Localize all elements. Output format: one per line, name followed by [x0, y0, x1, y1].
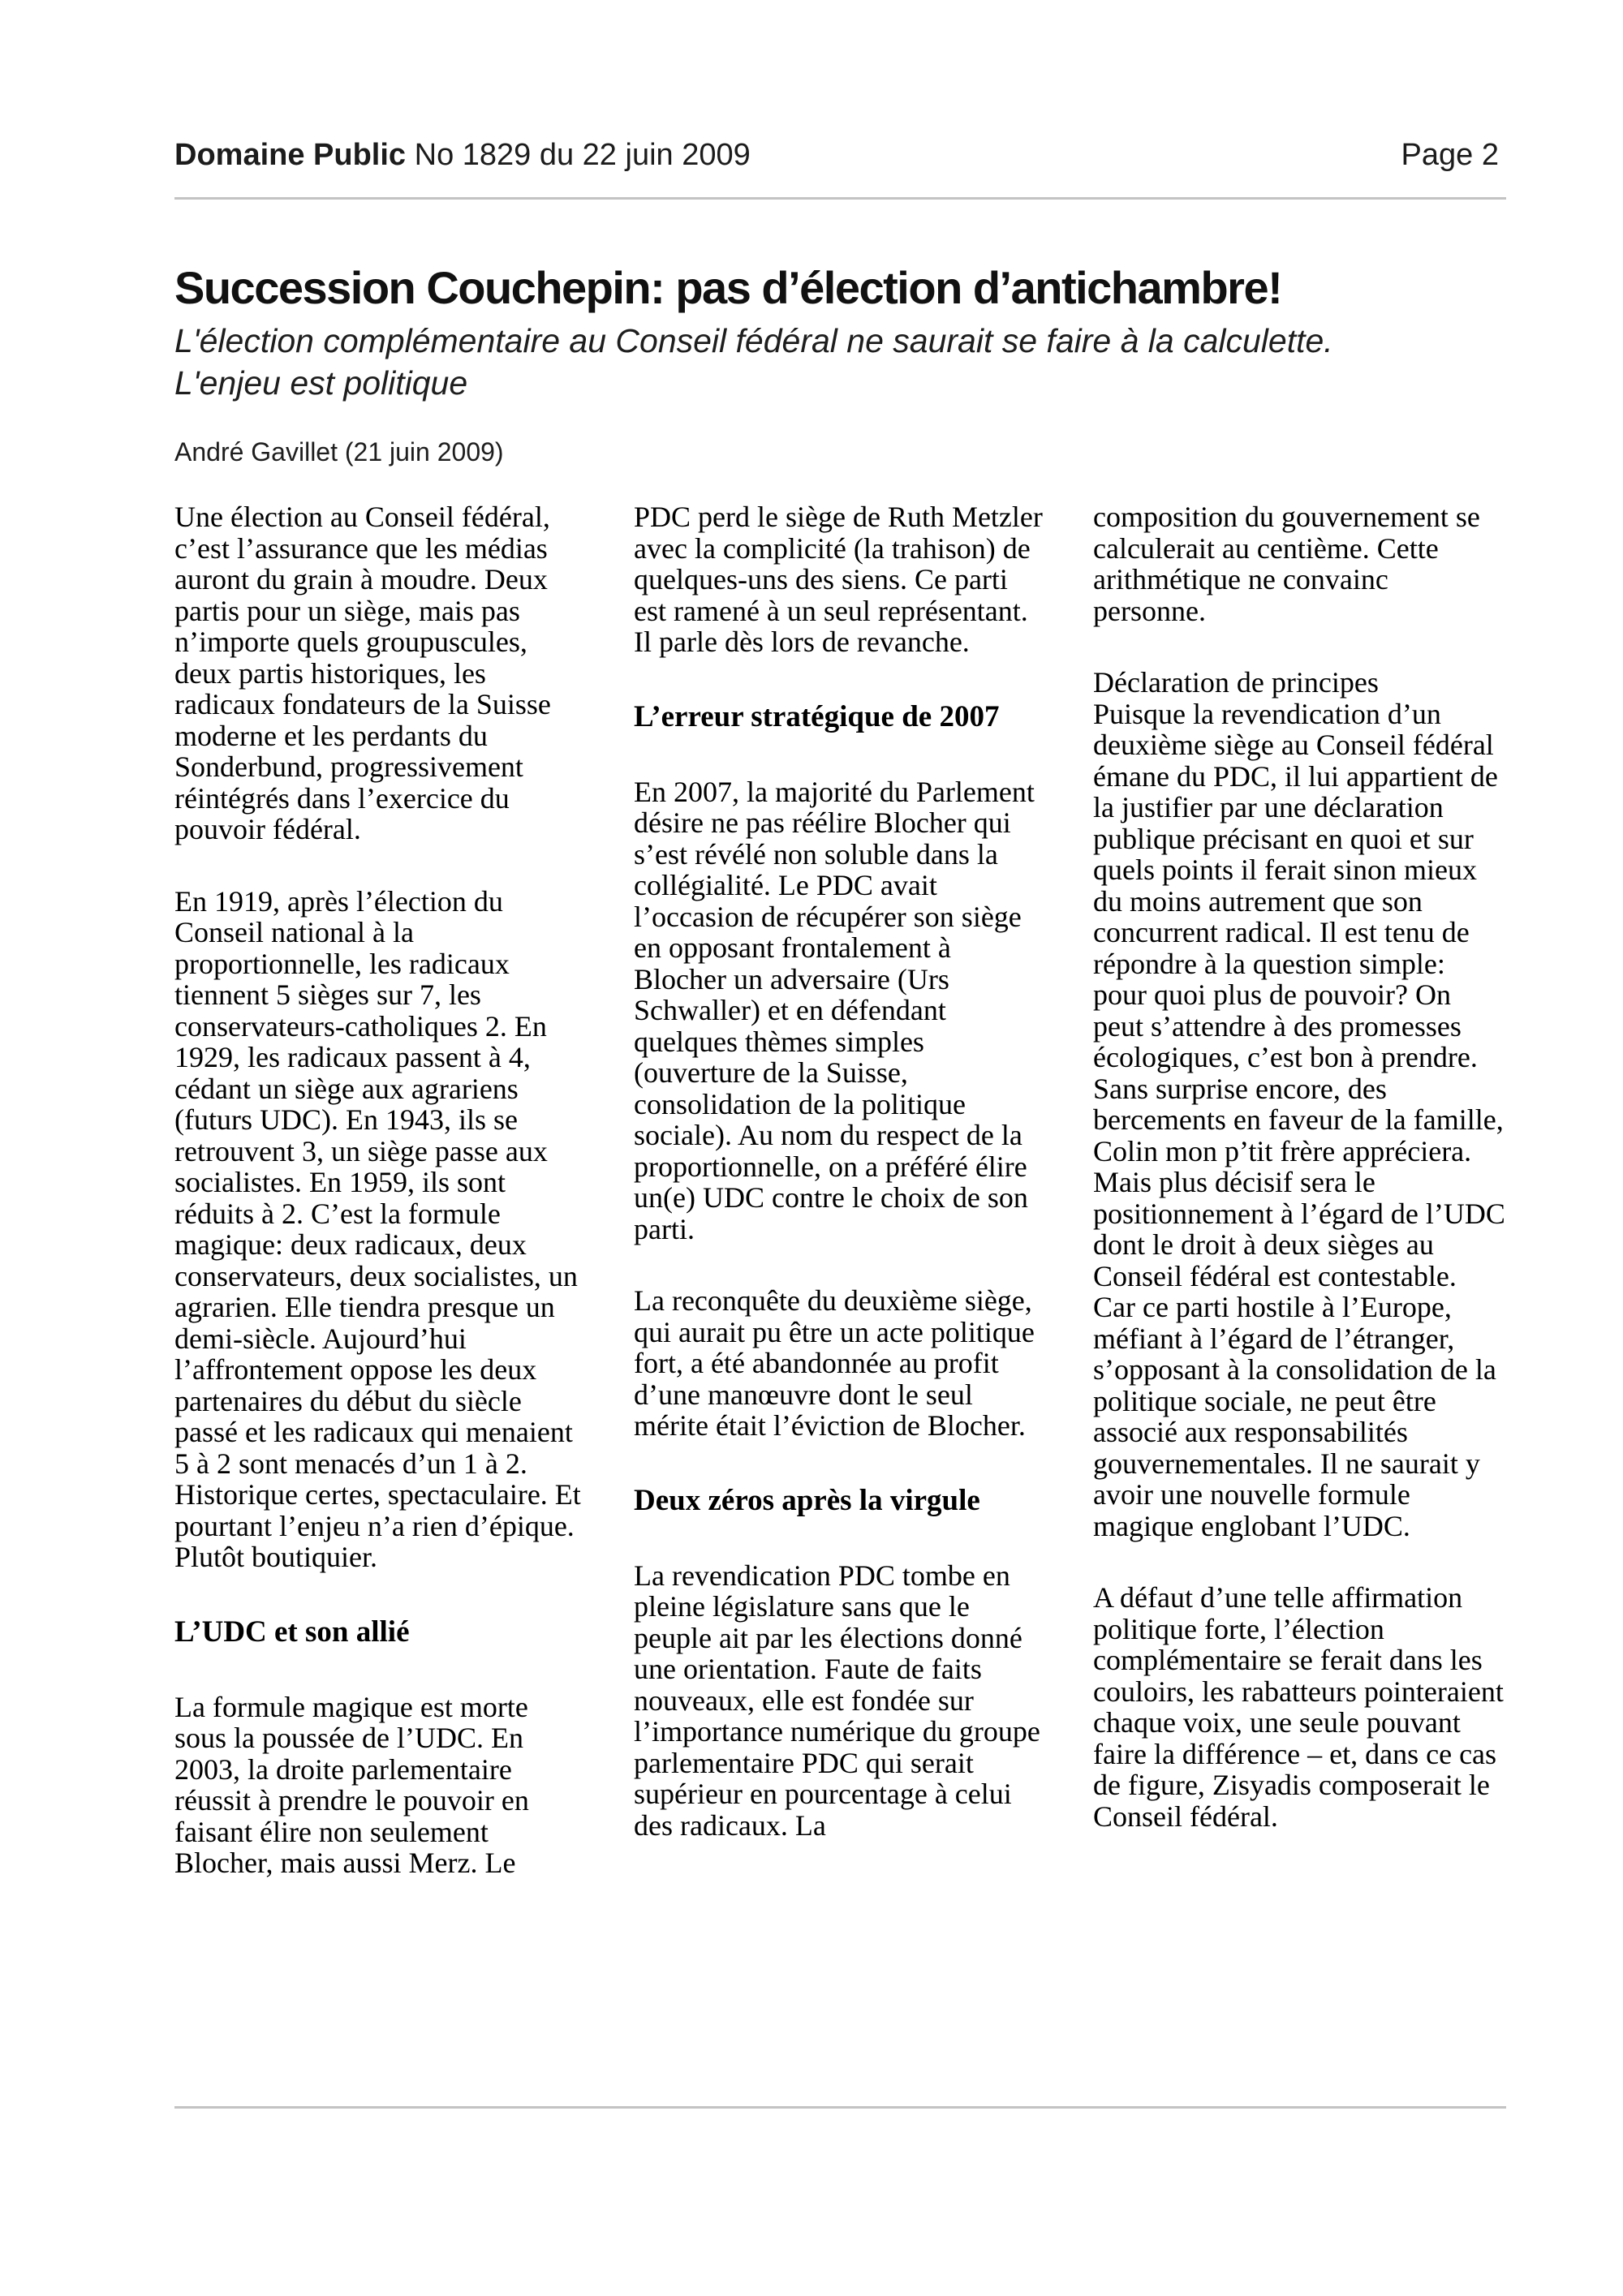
page-header: Domaine Public No 1829 du 22 juin 2009 P… [174, 138, 1499, 172]
page-number: Page 2 [1401, 138, 1499, 172]
footer-divider [174, 2106, 1506, 2109]
paragraph-lead-line: Déclaration de principes [1093, 667, 1505, 699]
column-1: Une élection au Conseil fédéral, c’est l… [174, 501, 587, 1920]
article-byline: André Gavillet (21 juin 2009) [174, 436, 905, 467]
issue-info: No 1829 du 22 juin 2009 [415, 138, 751, 172]
paragraph: La formule magique est morte sous la pou… [174, 1692, 587, 1879]
column-2: PDC perd le siège de Ruth Metzler avec l… [634, 501, 1046, 1920]
article-subtitle: L'élection complémentaire au Conseil féd… [174, 320, 1554, 404]
paragraph: La revendication PDC tombe en pleine lég… [634, 1560, 1046, 1842]
article-title: Succession Couchepin: pas d’élection d’a… [174, 261, 1538, 315]
article-body: Une élection au Conseil fédéral, c’est l… [174, 501, 1505, 1920]
paragraph: Puisque la revendication d’un deuxième s… [1093, 699, 1505, 1542]
paragraph: La reconquête du deuxième siège, qui aur… [634, 1285, 1046, 1442]
section-heading: L’UDC et son allié [174, 1614, 587, 1651]
article-subtitle-line-2: L'enjeu est politique [174, 362, 1554, 404]
header-masthead: Domaine Public No 1829 du 22 juin 2009 [174, 138, 751, 172]
paragraph: Une élection au Conseil fédéral, c’est l… [174, 501, 587, 845]
paragraph: PDC perd le siège de Ruth Metzler avec l… [634, 501, 1046, 658]
paragraph: En 2007, la majorité du Parlement désire… [634, 776, 1046, 1245]
paragraph: composition du gouvernement se calculera… [1093, 501, 1505, 626]
section-heading: L’erreur stratégique de 2007 [634, 699, 1046, 736]
article-subtitle-line-1: L'élection complémentaire au Conseil féd… [174, 320, 1554, 362]
paragraph: En 1919, après l’élection du Conseil nat… [174, 886, 587, 1573]
paragraph: A défaut d’une telle affirmation politiq… [1093, 1582, 1505, 1832]
header-divider [174, 197, 1506, 200]
column-3: composition du gouvernement se calculera… [1093, 501, 1505, 1920]
publication-name: Domaine Public [174, 138, 406, 172]
section-heading: Deux zéros après la virgule [634, 1482, 1046, 1520]
